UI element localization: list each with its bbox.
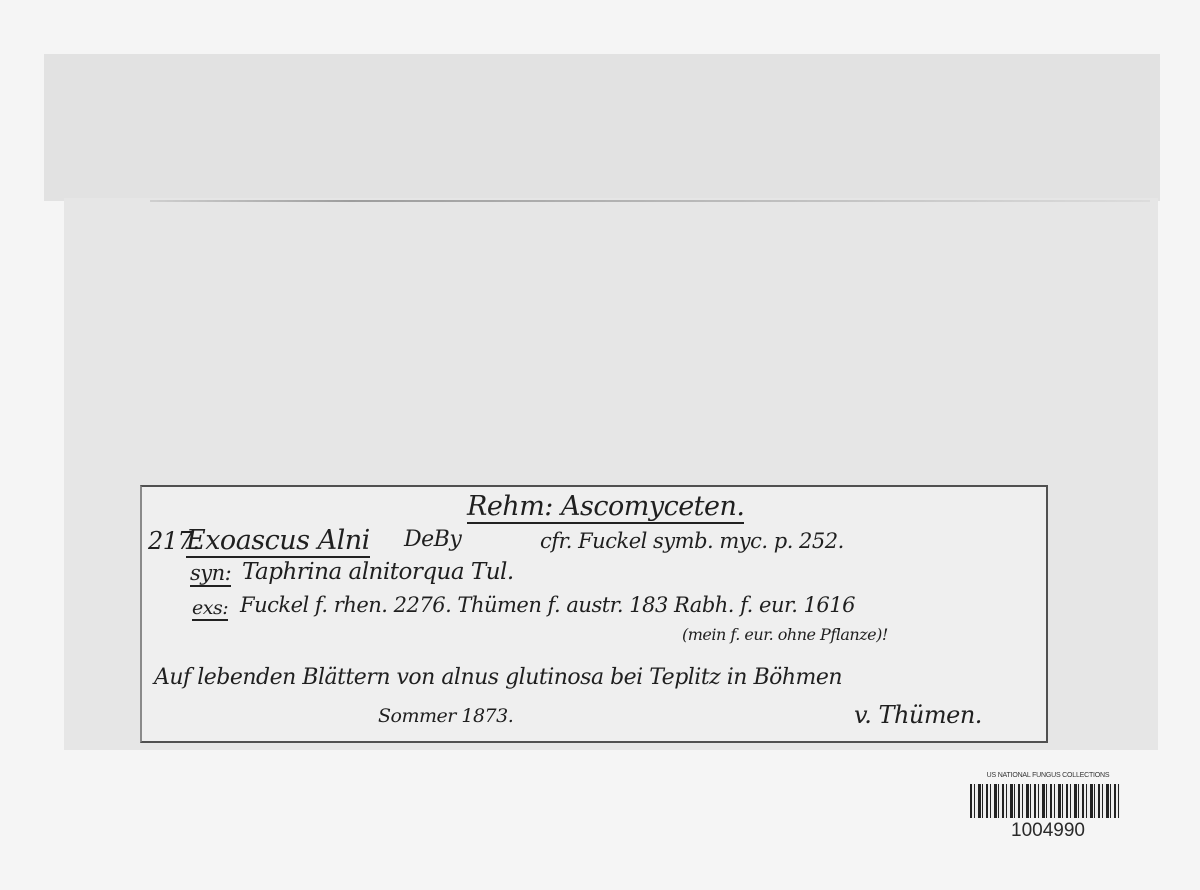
taxon-name: Exoascus Alni: [186, 525, 370, 558]
collector: v. Thümen.: [854, 701, 982, 729]
exsiccatae-note: (mein f. eur. ohne Pflanze)!: [682, 625, 888, 644]
envelope-fold-line: [150, 200, 1150, 202]
collection-date: Sommer 1873.: [378, 705, 513, 727]
label-header: Rehm: Ascomyceten.: [467, 491, 744, 524]
exsiccatae: Fuckel f. rhen. 2276. Thümen f. austr. 1…: [240, 593, 855, 617]
habitat-locality: Auf lebenden Blättern von alnus glutinos…: [154, 665, 842, 690]
barcode-bars: [970, 784, 1120, 818]
exsiccatae-prefix: exs:: [192, 597, 228, 621]
specimen-label: Rehm: Ascomyceten. 217. Exoascus Alni De…: [140, 485, 1048, 743]
literature-reference: cfr. Fuckel symb. myc. p. 252.: [540, 529, 844, 553]
synonym-prefix: syn:: [190, 561, 231, 587]
taxon-authority: DeBy: [404, 527, 461, 552]
envelope-flap: [44, 54, 1160, 201]
synonym: Taphrina alnitorqua Tul.: [242, 559, 514, 585]
barcode-number: 1004990: [962, 820, 1134, 842]
barcode-caption: US NATIONAL FUNGUS COLLECTIONS: [962, 772, 1134, 779]
barcode: US NATIONAL FUNGUS COLLECTIONS 1004990: [962, 772, 1134, 844]
